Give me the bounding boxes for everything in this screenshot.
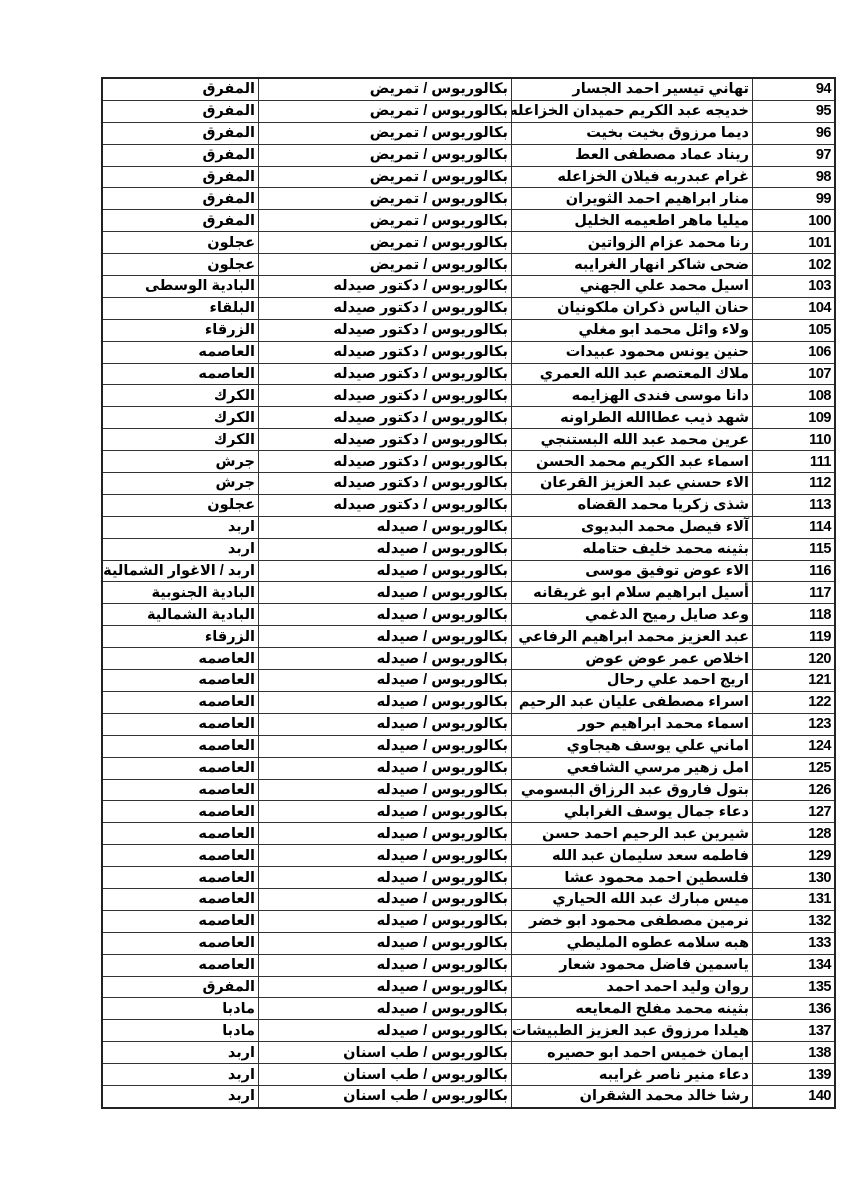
row-number-cell: 121: [753, 670, 836, 692]
table-row: الكركبكالوريوس / دكتور صيدلهشهد ذيب عطاا…: [102, 407, 835, 429]
specialization-cell: بكالوريوس / دكتور صيدله: [259, 276, 512, 298]
table-row: العاصمهبكالوريوس / صيدلهاريج احمد علي رح…: [102, 670, 835, 692]
table-row: الكركبكالوريوس / دكتور صيدلهعرين محمد عب…: [102, 429, 835, 451]
row-number-cell: 108: [753, 385, 836, 407]
specialization-cell: بكالوريوس / صيدله: [259, 560, 512, 582]
table-row: العاصمهبكالوريوس / دكتور صيدلهملاك المعت…: [102, 363, 835, 385]
specialization-cell: بكالوريوس / صيدله: [259, 801, 512, 823]
table-row: مادبابكالوريوس / صيدلهبثينه محمد مفلح ال…: [102, 998, 835, 1020]
name-cell: غرام عبدربه فيلان الخزاعله: [512, 166, 753, 188]
specialization-cell: بكالوريوس / صيدله: [259, 779, 512, 801]
governorate-cell: العاصمه: [102, 670, 259, 692]
name-cell: عبد العزيز محمد ابراهيم الرفاعي: [512, 626, 753, 648]
row-number-cell: 96: [753, 122, 836, 144]
row-number-cell: 114: [753, 516, 836, 538]
table-row: جرشبكالوريوس / دكتور صيدلهاسماء عبد الكر…: [102, 451, 835, 473]
specialization-cell: بكالوريوس / صيدله: [259, 735, 512, 757]
specialization-cell: بكالوريوس / طب اسنان: [259, 1042, 512, 1064]
name-cell: اريج احمد علي رحال: [512, 670, 753, 692]
row-number-cell: 132: [753, 910, 836, 932]
specialization-cell: بكالوريوس / صيدله: [259, 604, 512, 626]
name-cell: الاء حسني عبد العزيز القرعان: [512, 473, 753, 495]
name-cell: رنا محمد عزام الزواتين: [512, 232, 753, 254]
specialization-cell: بكالوريوس / دكتور صيدله: [259, 451, 512, 473]
table-row: البادية الشماليةبكالوريوس / صيدلهوعد صاي…: [102, 604, 835, 626]
table-row: عجلونبكالوريوس / دكتور صيدلهشذى زكريا مح…: [102, 494, 835, 516]
name-cell: بثينه محمد مفلح المعايعه: [512, 998, 753, 1020]
governorate-cell: العاصمه: [102, 713, 259, 735]
table-row: المفرقبكالوريوس / تمريضديما مرزوق بخيت ب…: [102, 122, 835, 144]
row-number-cell: 137: [753, 1020, 836, 1042]
specialization-cell: بكالوريوس / دكتور صيدله: [259, 363, 512, 385]
specialization-cell: بكالوريوس / صيدله: [259, 823, 512, 845]
row-number-cell: 109: [753, 407, 836, 429]
row-number-cell: 98: [753, 166, 836, 188]
specialization-cell: بكالوريوس / صيدله: [259, 582, 512, 604]
name-cell: اسماء محمد ابراهيم حور: [512, 713, 753, 735]
roster-table-body: المفرقبكالوريوس / تمريضتهاني تيسير احمد …: [102, 78, 835, 1108]
row-number-cell: 97: [753, 144, 836, 166]
row-number-cell: 133: [753, 932, 836, 954]
row-number-cell: 130: [753, 867, 836, 889]
governorate-cell: المفرق: [102, 188, 259, 210]
table-row: المفرقبكالوريوس / تمريضميليا ماهر اطعيمه…: [102, 210, 835, 232]
governorate-cell: العاصمه: [102, 823, 259, 845]
specialization-cell: بكالوريوس / صيدله: [259, 648, 512, 670]
row-number-cell: 118: [753, 604, 836, 626]
table-row: المفرقبكالوريوس / تمريضتهاني تيسير احمد …: [102, 78, 835, 100]
name-cell: ريناد عماد مصطفى العط: [512, 144, 753, 166]
specialization-cell: بكالوريوس / صيدله: [259, 910, 512, 932]
specialization-cell: بكالوريوس / تمريض: [259, 254, 512, 276]
table-row: المفرقبكالوريوس / تمريضخديجه عبد الكريم …: [102, 100, 835, 122]
governorate-cell: الزرقاء: [102, 319, 259, 341]
name-cell: اسراء مصطفى عليان عبد الرحيم: [512, 691, 753, 713]
row-number-cell: 116: [753, 560, 836, 582]
governorate-cell: المفرق: [102, 78, 259, 100]
specialization-cell: بكالوريوس / تمريض: [259, 144, 512, 166]
table-row: العاصمهبكالوريوس / صيدلهامل زهير مرسي ال…: [102, 757, 835, 779]
specialization-cell: بكالوريوس / صيدله: [259, 954, 512, 976]
row-number-cell: 115: [753, 538, 836, 560]
table-row: اربدبكالوريوس / طب اسنانرشا خالد محمد ال…: [102, 1085, 835, 1107]
name-cell: حنان الياس ذكران ملكونيان: [512, 297, 753, 319]
governorate-cell: عجلون: [102, 494, 259, 516]
table-row: العاصمهبكالوريوس / صيدلهشيرين عبد الرحيم…: [102, 823, 835, 845]
name-cell: دعاء جمال يوسف الغرابلي: [512, 801, 753, 823]
governorate-cell: اربد: [102, 516, 259, 538]
specialization-cell: بكالوريوس / صيدله: [259, 867, 512, 889]
governorate-cell: العاصمه: [102, 341, 259, 363]
row-number-cell: 139: [753, 1064, 836, 1086]
table-row: الزرقاءبكالوريوس / صيدلهعبد العزيز محمد …: [102, 626, 835, 648]
name-cell: فاطمه سعد سليمان عبد الله: [512, 845, 753, 867]
specialization-cell: بكالوريوس / صيدله: [259, 976, 512, 998]
name-cell: ايمان خميس احمد ابو حصيره: [512, 1042, 753, 1064]
governorate-cell: العاصمه: [102, 910, 259, 932]
specialization-cell: بكالوريوس / صيدله: [259, 932, 512, 954]
specialization-cell: بكالوريوس / دكتور صيدله: [259, 473, 512, 495]
table-row: العاصمهبكالوريوس / صيدلهبتول فاروق عبد ا…: [102, 779, 835, 801]
specialization-cell: بكالوريوس / صيدله: [259, 757, 512, 779]
row-number-cell: 102: [753, 254, 836, 276]
table-row: اربدبكالوريوس / صيدلهبثينه محمد خليف حتا…: [102, 538, 835, 560]
specialization-cell: بكالوريوس / تمريض: [259, 210, 512, 232]
governorate-cell: جرش: [102, 451, 259, 473]
governorate-cell: العاصمه: [102, 867, 259, 889]
table-row: المفرقبكالوريوس / تمريضغرام عبدربه فيلان…: [102, 166, 835, 188]
row-number-cell: 127: [753, 801, 836, 823]
name-cell: دانا موسى فندى الهزايمه: [512, 385, 753, 407]
governorate-cell: العاصمه: [102, 735, 259, 757]
specialization-cell: بكالوريوس / تمريض: [259, 100, 512, 122]
specialization-cell: بكالوريوس / دكتور صيدله: [259, 494, 512, 516]
table-row: البادية الوسطىبكالوريوس / دكتور صيدلهاسي…: [102, 276, 835, 298]
table-row: اربدبكالوريوس / صيدلهآلاء فيصل محمد البد…: [102, 516, 835, 538]
governorate-cell: العاصمه: [102, 779, 259, 801]
name-cell: ديما مرزوق بخيت بخيت: [512, 122, 753, 144]
name-cell: بتول فاروق عبد الرزاق البسومي: [512, 779, 753, 801]
row-number-cell: 117: [753, 582, 836, 604]
governorate-cell: العاصمه: [102, 757, 259, 779]
table-row: العاصمهبكالوريوس / صيدلهنرمين مصطفى محمو…: [102, 910, 835, 932]
table-row: العاصمهبكالوريوس / صيدلهاسماء محمد ابراه…: [102, 713, 835, 735]
specialization-cell: بكالوريوس / صيدله: [259, 626, 512, 648]
specialization-cell: بكالوريوس / طب اسنان: [259, 1085, 512, 1107]
row-number-cell: 129: [753, 845, 836, 867]
table-row: العاصمهبكالوريوس / صيدلهدعاء جمال يوسف ا…: [102, 801, 835, 823]
row-number-cell: 126: [753, 779, 836, 801]
specialization-cell: بكالوريوس / دكتور صيدله: [259, 297, 512, 319]
document-page: المفرقبكالوريوس / تمريضتهاني تيسير احمد …: [0, 0, 848, 1200]
specialization-cell: بكالوريوس / صيدله: [259, 888, 512, 910]
table-row: البادية الجنوبيةبكالوريوس / صيدلهأسيل اب…: [102, 582, 835, 604]
specialization-cell: بكالوريوس / تمريض: [259, 122, 512, 144]
row-number-cell: 111: [753, 451, 836, 473]
governorate-cell: اربد: [102, 1064, 259, 1086]
specialization-cell: بكالوريوس / دكتور صيدله: [259, 429, 512, 451]
specialization-cell: بكالوريوس / صيدله: [259, 845, 512, 867]
governorate-cell: العاصمه: [102, 648, 259, 670]
name-cell: شذى زكريا محمد القضاه: [512, 494, 753, 516]
roster-table: المفرقبكالوريوس / تمريضتهاني تيسير احمد …: [101, 77, 836, 1109]
governorate-cell: مادبا: [102, 1020, 259, 1042]
name-cell: ولاء وائل محمد ابو مغلي: [512, 319, 753, 341]
table-row: البلقاءبكالوريوس / دكتور صيدلهحنان الياس…: [102, 297, 835, 319]
governorate-cell: المفرق: [102, 976, 259, 998]
name-cell: هيلدا مرزوق عبد العزيز الطبيشات: [512, 1020, 753, 1042]
table-row: عجلونبكالوريوس / تمريضضحى شاكر انهار الغ…: [102, 254, 835, 276]
name-cell: اماني علي يوسف هيجاوي: [512, 735, 753, 757]
name-cell: دعاء منير ناصر غرايبه: [512, 1064, 753, 1086]
specialization-cell: بكالوريوس / تمريض: [259, 188, 512, 210]
name-cell: منار ابراهيم احمد الثويران: [512, 188, 753, 210]
governorate-cell: الكرك: [102, 407, 259, 429]
name-cell: هبه سلامه عطوه المليطي: [512, 932, 753, 954]
governorate-cell: الزرقاء: [102, 626, 259, 648]
governorate-cell: العاصمه: [102, 691, 259, 713]
row-number-cell: 110: [753, 429, 836, 451]
table-row: العاصمهبكالوريوس / صيدلهاماني علي يوسف ه…: [102, 735, 835, 757]
table-row: جرشبكالوريوس / دكتور صيدلهالاء حسني عبد …: [102, 473, 835, 495]
governorate-cell: العاصمه: [102, 363, 259, 385]
name-cell: نرمين مصطفى محمود ابو خضر: [512, 910, 753, 932]
row-number-cell: 119: [753, 626, 836, 648]
row-number-cell: 104: [753, 297, 836, 319]
row-number-cell: 140: [753, 1085, 836, 1107]
name-cell: أسيل ابراهيم سلام ابو غريقانه: [512, 582, 753, 604]
governorate-cell: البادية الشمالية: [102, 604, 259, 626]
governorate-cell: البلقاء: [102, 297, 259, 319]
row-number-cell: 100: [753, 210, 836, 232]
name-cell: حنين يونس محمود عبيدات: [512, 341, 753, 363]
row-number-cell: 106: [753, 341, 836, 363]
governorate-cell: العاصمه: [102, 801, 259, 823]
row-number-cell: 125: [753, 757, 836, 779]
row-number-cell: 105: [753, 319, 836, 341]
governorate-cell: جرش: [102, 473, 259, 495]
table-row: العاصمهبكالوريوس / صيدلهفلسطين احمد محمو…: [102, 867, 835, 889]
name-cell: شهد ذيب عطاالله الطراونه: [512, 407, 753, 429]
row-number-cell: 113: [753, 494, 836, 516]
table-row: الزرقاءبكالوريوس / دكتور صيدلهولاء وائل …: [102, 319, 835, 341]
name-cell: ميليا ماهر اطعيمه الخليل: [512, 210, 753, 232]
name-cell: شيرين عبد الرحيم احمد حسن: [512, 823, 753, 845]
name-cell: الاء عوض توفيق موسى: [512, 560, 753, 582]
name-cell: اخلاص عمر عوض عوض: [512, 648, 753, 670]
name-cell: ملاك المعتصم عبد الله العمري: [512, 363, 753, 385]
table-row: اربد / الاغوار الشماليةبكالوريوس / صيدله…: [102, 560, 835, 582]
table-row: العاصمهبكالوريوس / صيدلههبه سلامه عطوه ا…: [102, 932, 835, 954]
name-cell: اسماء عبد الكريم محمد الحسن: [512, 451, 753, 473]
governorate-cell: مادبا: [102, 998, 259, 1020]
governorate-cell: اربد: [102, 538, 259, 560]
name-cell: فلسطين احمد محمود عشا: [512, 867, 753, 889]
table-row: المفرقبكالوريوس / صيدلهروان وليد احمد اح…: [102, 976, 835, 998]
name-cell: بثينه محمد خليف حتامله: [512, 538, 753, 560]
specialization-cell: بكالوريوس / صيدله: [259, 670, 512, 692]
row-number-cell: 124: [753, 735, 836, 757]
name-cell: امل زهير مرسي الشافعي: [512, 757, 753, 779]
name-cell: اسيل محمد علي الجهني: [512, 276, 753, 298]
governorate-cell: عجلون: [102, 232, 259, 254]
specialization-cell: بكالوريوس / دكتور صيدله: [259, 407, 512, 429]
row-number-cell: 128: [753, 823, 836, 845]
name-cell: ميس مبارك عبد الله الحياري: [512, 888, 753, 910]
name-cell: تهاني تيسير احمد الجسار: [512, 78, 753, 100]
governorate-cell: العاصمه: [102, 845, 259, 867]
table-row: المفرقبكالوريوس / تمريضريناد عماد مصطفى …: [102, 144, 835, 166]
table-row: اربدبكالوريوس / طب اسناندعاء منير ناصر غ…: [102, 1064, 835, 1086]
row-number-cell: 134: [753, 954, 836, 976]
row-number-cell: 131: [753, 888, 836, 910]
row-number-cell: 94: [753, 78, 836, 100]
governorate-cell: العاصمه: [102, 888, 259, 910]
governorate-cell: العاصمه: [102, 932, 259, 954]
row-number-cell: 112: [753, 473, 836, 495]
name-cell: روان وليد احمد احمد: [512, 976, 753, 998]
table-row: العاصمهبكالوريوس / صيدلهفاطمه سعد سليمان…: [102, 845, 835, 867]
governorate-cell: المفرق: [102, 122, 259, 144]
specialization-cell: بكالوريوس / تمريض: [259, 232, 512, 254]
specialization-cell: بكالوريوس / دكتور صيدله: [259, 319, 512, 341]
table-row: العاصمهبكالوريوس / صيدلهميس مبارك عبد ال…: [102, 888, 835, 910]
table-row: المفرقبكالوريوس / تمريضمنار ابراهيم احمد…: [102, 188, 835, 210]
governorate-cell: البادية الوسطى: [102, 276, 259, 298]
governorate-cell: المفرق: [102, 166, 259, 188]
governorate-cell: المفرق: [102, 210, 259, 232]
governorate-cell: المفرق: [102, 100, 259, 122]
table-row: العاصمهبكالوريوس / دكتور صيدلهحنين يونس …: [102, 341, 835, 363]
governorate-cell: الكرك: [102, 429, 259, 451]
specialization-cell: بكالوريوس / صيدله: [259, 538, 512, 560]
specialization-cell: بكالوريوس / صيدله: [259, 713, 512, 735]
governorate-cell: اربد / الاغوار الشمالية: [102, 560, 259, 582]
specialization-cell: بكالوريوس / تمريض: [259, 166, 512, 188]
specialization-cell: بكالوريوس / طب اسنان: [259, 1064, 512, 1086]
table-row: مادبابكالوريوس / صيدلههيلدا مرزوق عبد ال…: [102, 1020, 835, 1042]
governorate-cell: العاصمه: [102, 954, 259, 976]
name-cell: ياسمين فاضل محمود شعار: [512, 954, 753, 976]
row-number-cell: 123: [753, 713, 836, 735]
governorate-cell: عجلون: [102, 254, 259, 276]
row-number-cell: 107: [753, 363, 836, 385]
specialization-cell: بكالوريوس / صيدله: [259, 691, 512, 713]
row-number-cell: 101: [753, 232, 836, 254]
specialization-cell: بكالوريوس / تمريض: [259, 78, 512, 100]
name-cell: رشا خالد محمد الشقران: [512, 1085, 753, 1107]
row-number-cell: 138: [753, 1042, 836, 1064]
row-number-cell: 99: [753, 188, 836, 210]
specialization-cell: بكالوريوس / صيدله: [259, 516, 512, 538]
name-cell: ضحى شاكر انهار الغرايبه: [512, 254, 753, 276]
specialization-cell: بكالوريوس / صيدله: [259, 998, 512, 1020]
specialization-cell: بكالوريوس / دكتور صيدله: [259, 341, 512, 363]
table-row: اربدبكالوريوس / طب اسنانايمان خميس احمد …: [102, 1042, 835, 1064]
row-number-cell: 122: [753, 691, 836, 713]
governorate-cell: اربد: [102, 1085, 259, 1107]
governorate-cell: البادية الجنوبية: [102, 582, 259, 604]
name-cell: وعد صايل رميح الدغمي: [512, 604, 753, 626]
table-row: العاصمهبكالوريوس / صيدلهاخلاص عمر عوض عو…: [102, 648, 835, 670]
governorate-cell: الكرك: [102, 385, 259, 407]
governorate-cell: اربد: [102, 1042, 259, 1064]
name-cell: آلاء فيصل محمد البديوى: [512, 516, 753, 538]
row-number-cell: 95: [753, 100, 836, 122]
row-number-cell: 103: [753, 276, 836, 298]
governorate-cell: المفرق: [102, 144, 259, 166]
row-number-cell: 135: [753, 976, 836, 998]
specialization-cell: بكالوريوس / دكتور صيدله: [259, 385, 512, 407]
row-number-cell: 136: [753, 998, 836, 1020]
table-row: الكركبكالوريوس / دكتور صيدلهدانا موسى فن…: [102, 385, 835, 407]
table-row: العاصمهبكالوريوس / صيدلهاسراء مصطفى عليا…: [102, 691, 835, 713]
specialization-cell: بكالوريوس / صيدله: [259, 1020, 512, 1042]
table-row: العاصمهبكالوريوس / صيدلهياسمين فاضل محمو…: [102, 954, 835, 976]
name-cell: عرين محمد عبد الله البستنجي: [512, 429, 753, 451]
table-row: عجلونبكالوريوس / تمريضرنا محمد عزام الزو…: [102, 232, 835, 254]
row-number-cell: 120: [753, 648, 836, 670]
name-cell: خديجه عبد الكريم حميدان الخزاعله: [512, 100, 753, 122]
